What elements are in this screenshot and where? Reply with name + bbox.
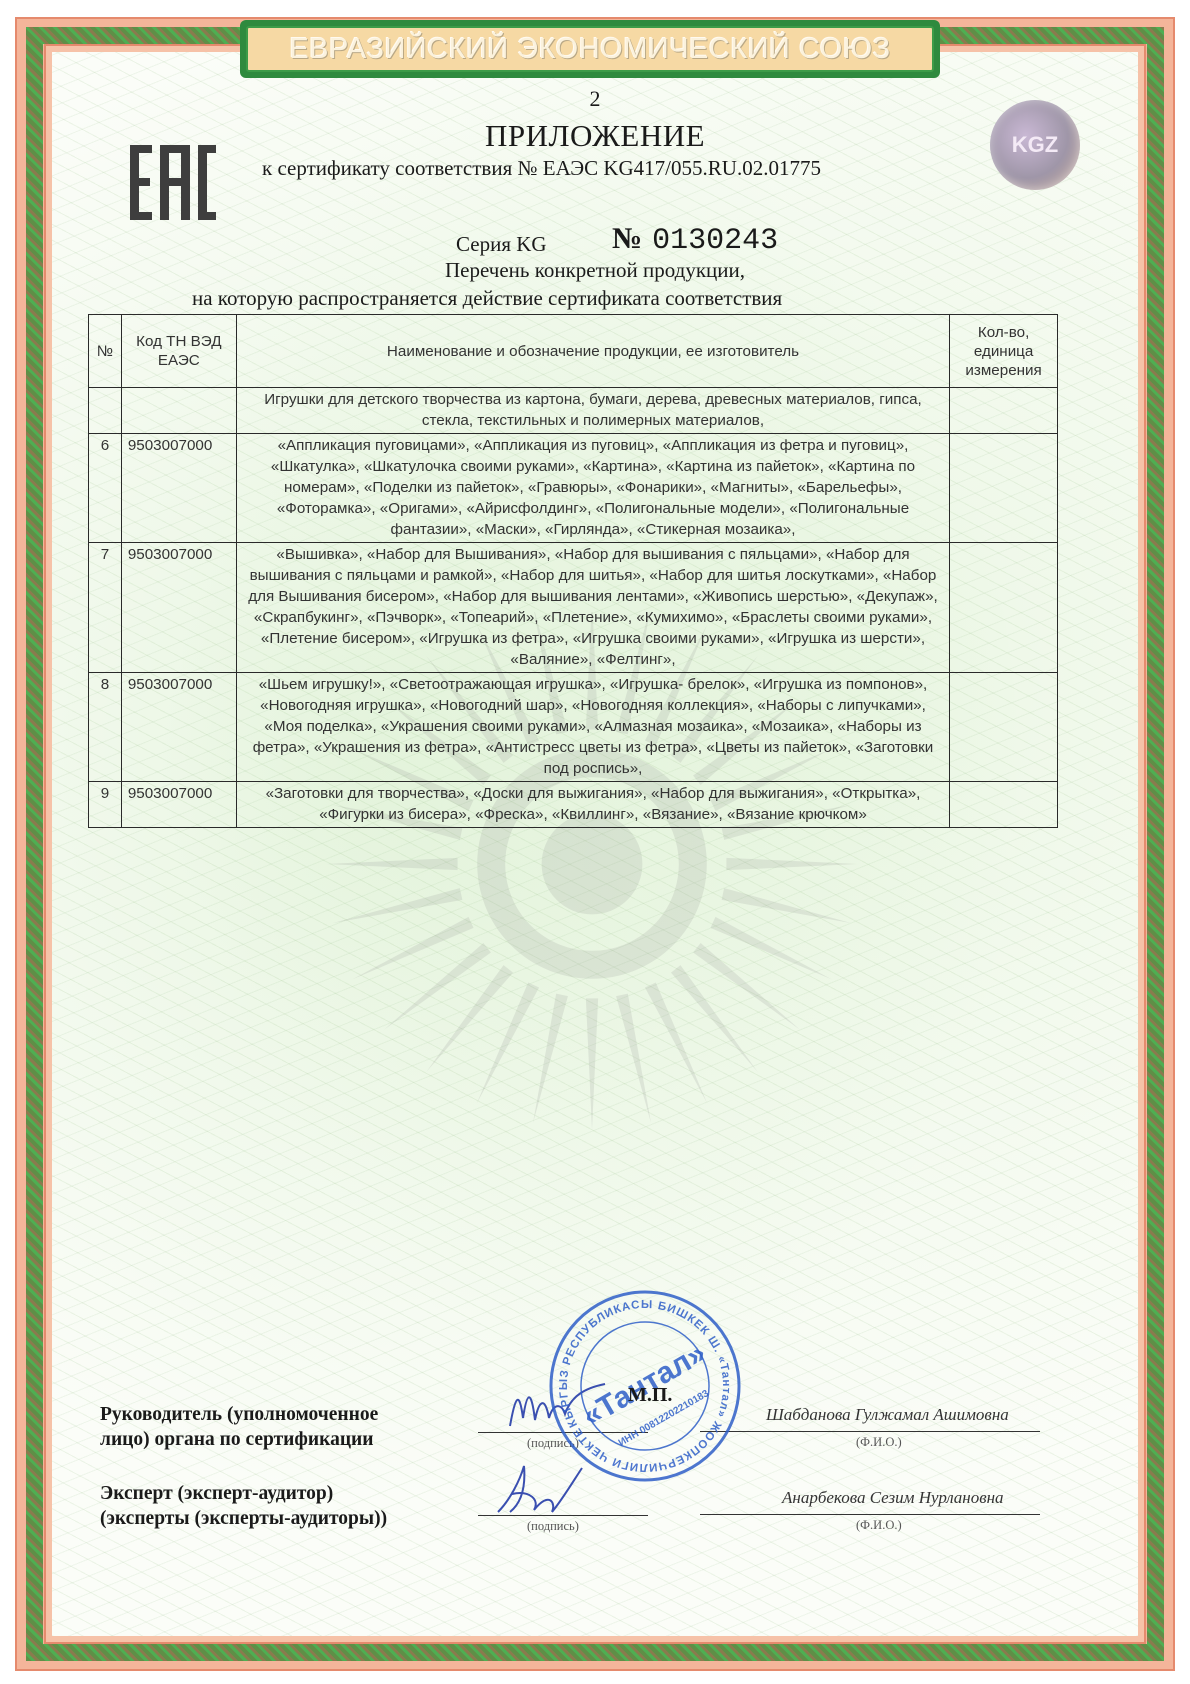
list-title-line2: на которую распространяется действие сер… — [192, 286, 782, 311]
row-name: «Заготовки для творчества», «Доски для в… — [236, 782, 949, 828]
products-table: № Код ТН ВЭД ЕАЭС Наименование и обознач… — [88, 314, 1058, 828]
expert-label: Эксперт (эксперт-аудитор) (эксперты (экс… — [100, 1481, 387, 1531]
expert-label-line2: (эксперты (эксперты-аудиторы)) — [100, 1506, 387, 1531]
row-no — [89, 388, 122, 434]
row-no: 6 — [89, 434, 122, 543]
row-code: 9503007000 — [121, 782, 236, 828]
head-fio-line — [700, 1431, 1040, 1432]
row-code: 9503007000 — [121, 673, 236, 782]
expert-fio-line — [700, 1514, 1040, 1515]
expert-name: Анарбекова Сезим Нурлановна — [782, 1488, 1004, 1508]
certificate-reference: к сертификату соответствия № ЕАЭС KG417/… — [262, 156, 821, 181]
header-qty: Кол-во, единица измерения — [950, 315, 1058, 388]
hologram-label: KGZ — [1012, 132, 1058, 158]
row-qty — [950, 673, 1058, 782]
table-header-row: № Код ТН ВЭД ЕАЭС Наименование и обознач… — [89, 315, 1058, 388]
row-qty — [950, 543, 1058, 673]
table-row: Игрушки для детского творчества из карто… — [89, 388, 1058, 434]
head-name: Шабданова Гулжамал Ашимовна — [766, 1405, 1009, 1425]
row-no: 7 — [89, 543, 122, 673]
number-sign: № — [612, 222, 642, 255]
row-no: 8 — [89, 673, 122, 782]
table-row: 9 9503007000 «Заготовки для творчества»,… — [89, 782, 1058, 828]
row-code: 9503007000 — [121, 543, 236, 673]
row-qty — [950, 782, 1058, 828]
header-name: Наименование и обозначение продукции, ее… — [236, 315, 949, 388]
eaeu-banner: ЕВРАЗИЙСКИЙ ЭКОНОМИЧЕСКИЙ СОЮЗ — [240, 20, 940, 78]
row-no: 9 — [89, 782, 122, 828]
expert-signature-caption: (подпись) — [527, 1519, 579, 1534]
row-code: 9503007000 — [121, 434, 236, 543]
series-label: Серия KG — [456, 232, 547, 257]
banner-text: ЕВРАЗИЙСКИЙ ЭКОНОМИЧЕСКИЙ СОЮЗ — [246, 26, 934, 72]
kgz-hologram-icon: KGZ — [990, 100, 1080, 190]
head-label-line1: Руководитель (уполномоченное — [100, 1402, 378, 1427]
expert-label-line1: Эксперт (эксперт-аудитор) — [100, 1481, 387, 1506]
table-row: 8 9503007000 «Шьем игрушку!», «Светоотра… — [89, 673, 1058, 782]
row-qty — [950, 388, 1058, 434]
row-qty — [950, 434, 1058, 543]
expert-fio-caption: (Ф.И.О.) — [856, 1518, 902, 1533]
header-code: Код ТН ВЭД ЕАЭС — [121, 315, 236, 388]
table-row: 7 9503007000 «Вышивка», «Набор для Вышив… — [89, 543, 1058, 673]
table-row: 6 9503007000 «Аппликация пуговицами», «А… — [89, 434, 1058, 543]
serial-number: №0130243 — [612, 222, 778, 258]
row-name: Игрушки для детского творчества из карто… — [236, 388, 949, 434]
serial-number-value: 0130243 — [652, 224, 778, 258]
list-title-line1: Перечень конкретной продукции, — [0, 258, 1190, 283]
head-label: Руководитель (уполномоченное лицо) орган… — [100, 1402, 378, 1452]
row-name: «Вышивка», «Набор для Вышивания», «Набор… — [236, 543, 949, 673]
seal-label: М.П. — [628, 1384, 672, 1407]
header-no: № — [89, 315, 122, 388]
eac-mark-icon — [130, 145, 216, 220]
head-fio-caption: (Ф.И.О.) — [856, 1435, 902, 1450]
row-code — [121, 388, 236, 434]
row-name: «Аппликация пуговицами», «Аппликация из … — [236, 434, 949, 543]
row-name: «Шьем игрушку!», «Светоотражающая игрушк… — [236, 673, 949, 782]
head-label-line2: лицо) органа по сертификации — [100, 1427, 378, 1452]
